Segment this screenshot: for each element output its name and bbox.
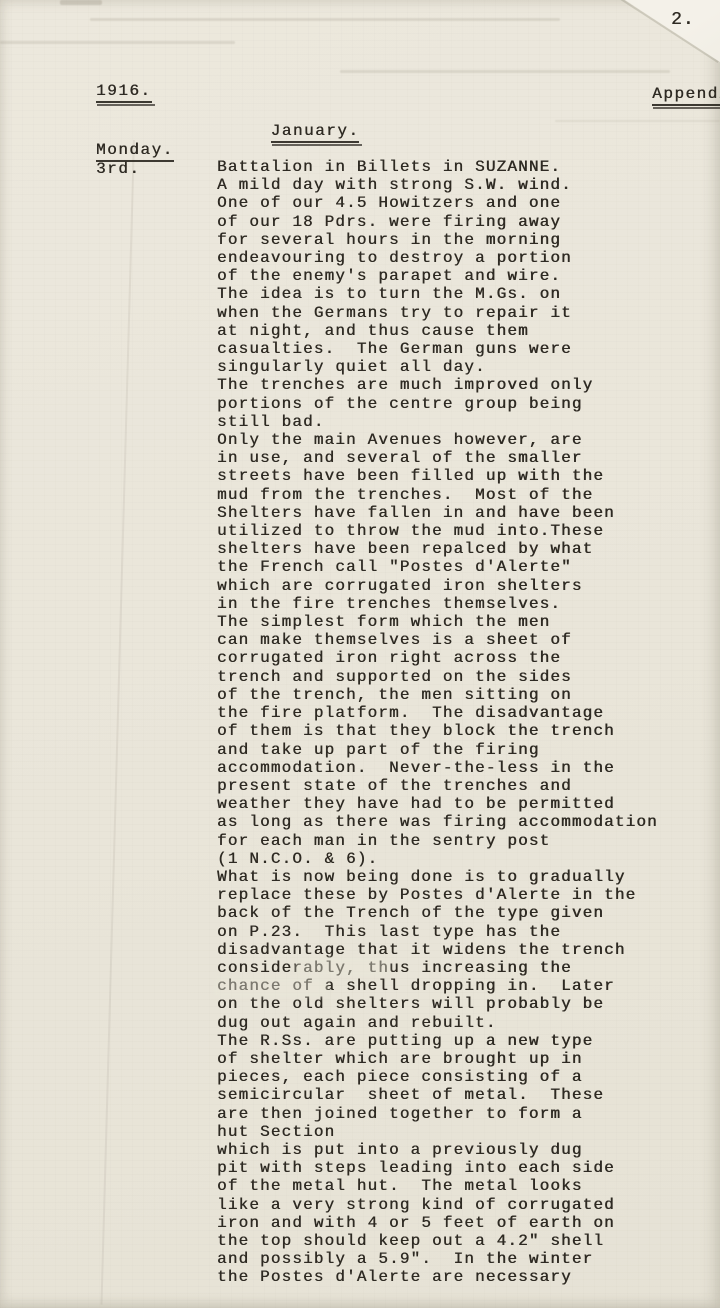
text-line: on P.23. This last type has the [217, 923, 658, 941]
text-line: when the Germans try to repair it [217, 304, 658, 322]
text-line: The trenches are much improved only [217, 376, 658, 394]
scanned-diary-page: 2. 1916. Appendix. January. Monday. 3rd.… [0, 0, 720, 1308]
text-line: and take up part of the firing [217, 741, 658, 759]
paper-crease [100, 140, 135, 1305]
scan-streak [555, 120, 720, 122]
text-line: One of our 4.5 Howitzers and one [217, 194, 658, 212]
text-line: still bad. [217, 413, 658, 431]
text-line: iron and with 4 or 5 feet of earth on [217, 1214, 658, 1232]
margin-date-label: 3rd. [96, 160, 140, 178]
page-number: 2. [671, 10, 695, 30]
text-line: present state of the trenches and [217, 777, 658, 795]
text-line: of our 18 Pdrs. were firing away [217, 213, 658, 231]
text-line: shelters have been repalced by what [217, 540, 658, 558]
margin-month-label: January. [271, 122, 360, 143]
text-line: What is now being done is to gradually [217, 868, 658, 886]
text-line: considerably, thus increasing the [217, 959, 658, 977]
text-line: trench and supported on the sides [217, 668, 658, 686]
scan-streak [90, 18, 560, 21]
scan-mark [60, 0, 102, 5]
text-line: the Postes d'Alerte are necessary [217, 1268, 658, 1286]
text-line: which are corrugated iron shelters [217, 577, 658, 595]
text-line: The idea is to turn the M.Gs. on [217, 285, 658, 303]
text-line: pieces, each piece consisting of a [217, 1068, 658, 1086]
text-line: and possibly a 5.9". In the winter [217, 1250, 658, 1268]
appendix-heading: Appendix. [652, 85, 720, 106]
text-line: are then joined together to form a [217, 1105, 658, 1123]
text-line: can make themselves is a sheet of [217, 631, 658, 649]
text-line: of the trench, the men sitting on [217, 686, 658, 704]
text-line: portions of the centre group being [217, 395, 658, 413]
scan-streak [0, 41, 235, 44]
text-line: for each man in the sentry post [217, 832, 658, 850]
text-line: mud from the trenches. Most of the [217, 486, 658, 504]
text-line: streets have been filled up with the [217, 467, 658, 485]
text-line: of the metal hut. The metal looks [217, 1177, 658, 1195]
text-line: of the enemy's parapet and wire. [217, 267, 658, 285]
scan-streak [340, 70, 670, 73]
text-line: endeavouring to destroy a portion [217, 249, 658, 267]
text-line: chance of a shell dropping in. Later [217, 977, 658, 995]
text-line: the fire platform. The disadvantage [217, 704, 658, 722]
text-line: back of the Trench of the type given [217, 904, 658, 922]
text-line: as long as there was firing accommodatio… [217, 813, 658, 831]
text-line: dug out again and rebuilt. [217, 1014, 658, 1032]
text-line: Battalion in Billets in SUZANNE. [217, 158, 658, 176]
text-line: which is put into a previously dug [217, 1141, 658, 1159]
text-line: (1 N.C.O. & 6). [217, 850, 658, 868]
year-heading: 1916. [96, 82, 152, 103]
text-line: of shelter which are brought up in [217, 1050, 658, 1068]
text-line: of them is that they block the trench [217, 722, 658, 740]
text-line: like a very strong kind of corrugated [217, 1196, 658, 1214]
text-line: on the old shelters will probably be [217, 995, 658, 1013]
text-line: corrugated iron right across the [217, 649, 658, 667]
text-line: replace these by Postes d'Alerte in the [217, 886, 658, 904]
text-line: A mild day with strong S.W. wind. [217, 176, 658, 194]
text-line: hut Section [217, 1123, 658, 1141]
text-line: disadvantage that it widens the trench [217, 941, 658, 959]
text-line: accommodation. Never-the-less in the [217, 759, 658, 777]
text-line: in the fire trenches themselves. [217, 595, 658, 613]
text-line: for several hours in the morning [217, 231, 658, 249]
diary-entry-text: Battalion in Billets in SUZANNE.A mild d… [217, 158, 658, 1287]
text-line: singularly quiet all day. [217, 358, 658, 376]
text-line: the French call "Postes d'Alerte" [217, 558, 658, 576]
text-line: semicircular sheet of metal. These [217, 1086, 658, 1104]
text-line: The R.Ss. are putting up a new type [217, 1032, 658, 1050]
text-line: at night, and thus cause them [217, 322, 658, 340]
text-line: in use, and several of the smaller [217, 449, 658, 467]
margin-day-label: Monday. [96, 141, 174, 162]
text-line: weather they have had to be permitted [217, 795, 658, 813]
text-line: utilized to throw the mud into.These [217, 522, 658, 540]
text-line: The simplest form which the men [217, 613, 658, 631]
text-line: pit with steps leading into each side [217, 1159, 658, 1177]
text-line: the top should keep out a 4.2" shell [217, 1232, 658, 1250]
text-line: Only the main Avenues however, are [217, 431, 658, 449]
text-line: Shelters have fallen in and have been [217, 504, 658, 522]
text-line: casualties. The German guns were [217, 340, 658, 358]
